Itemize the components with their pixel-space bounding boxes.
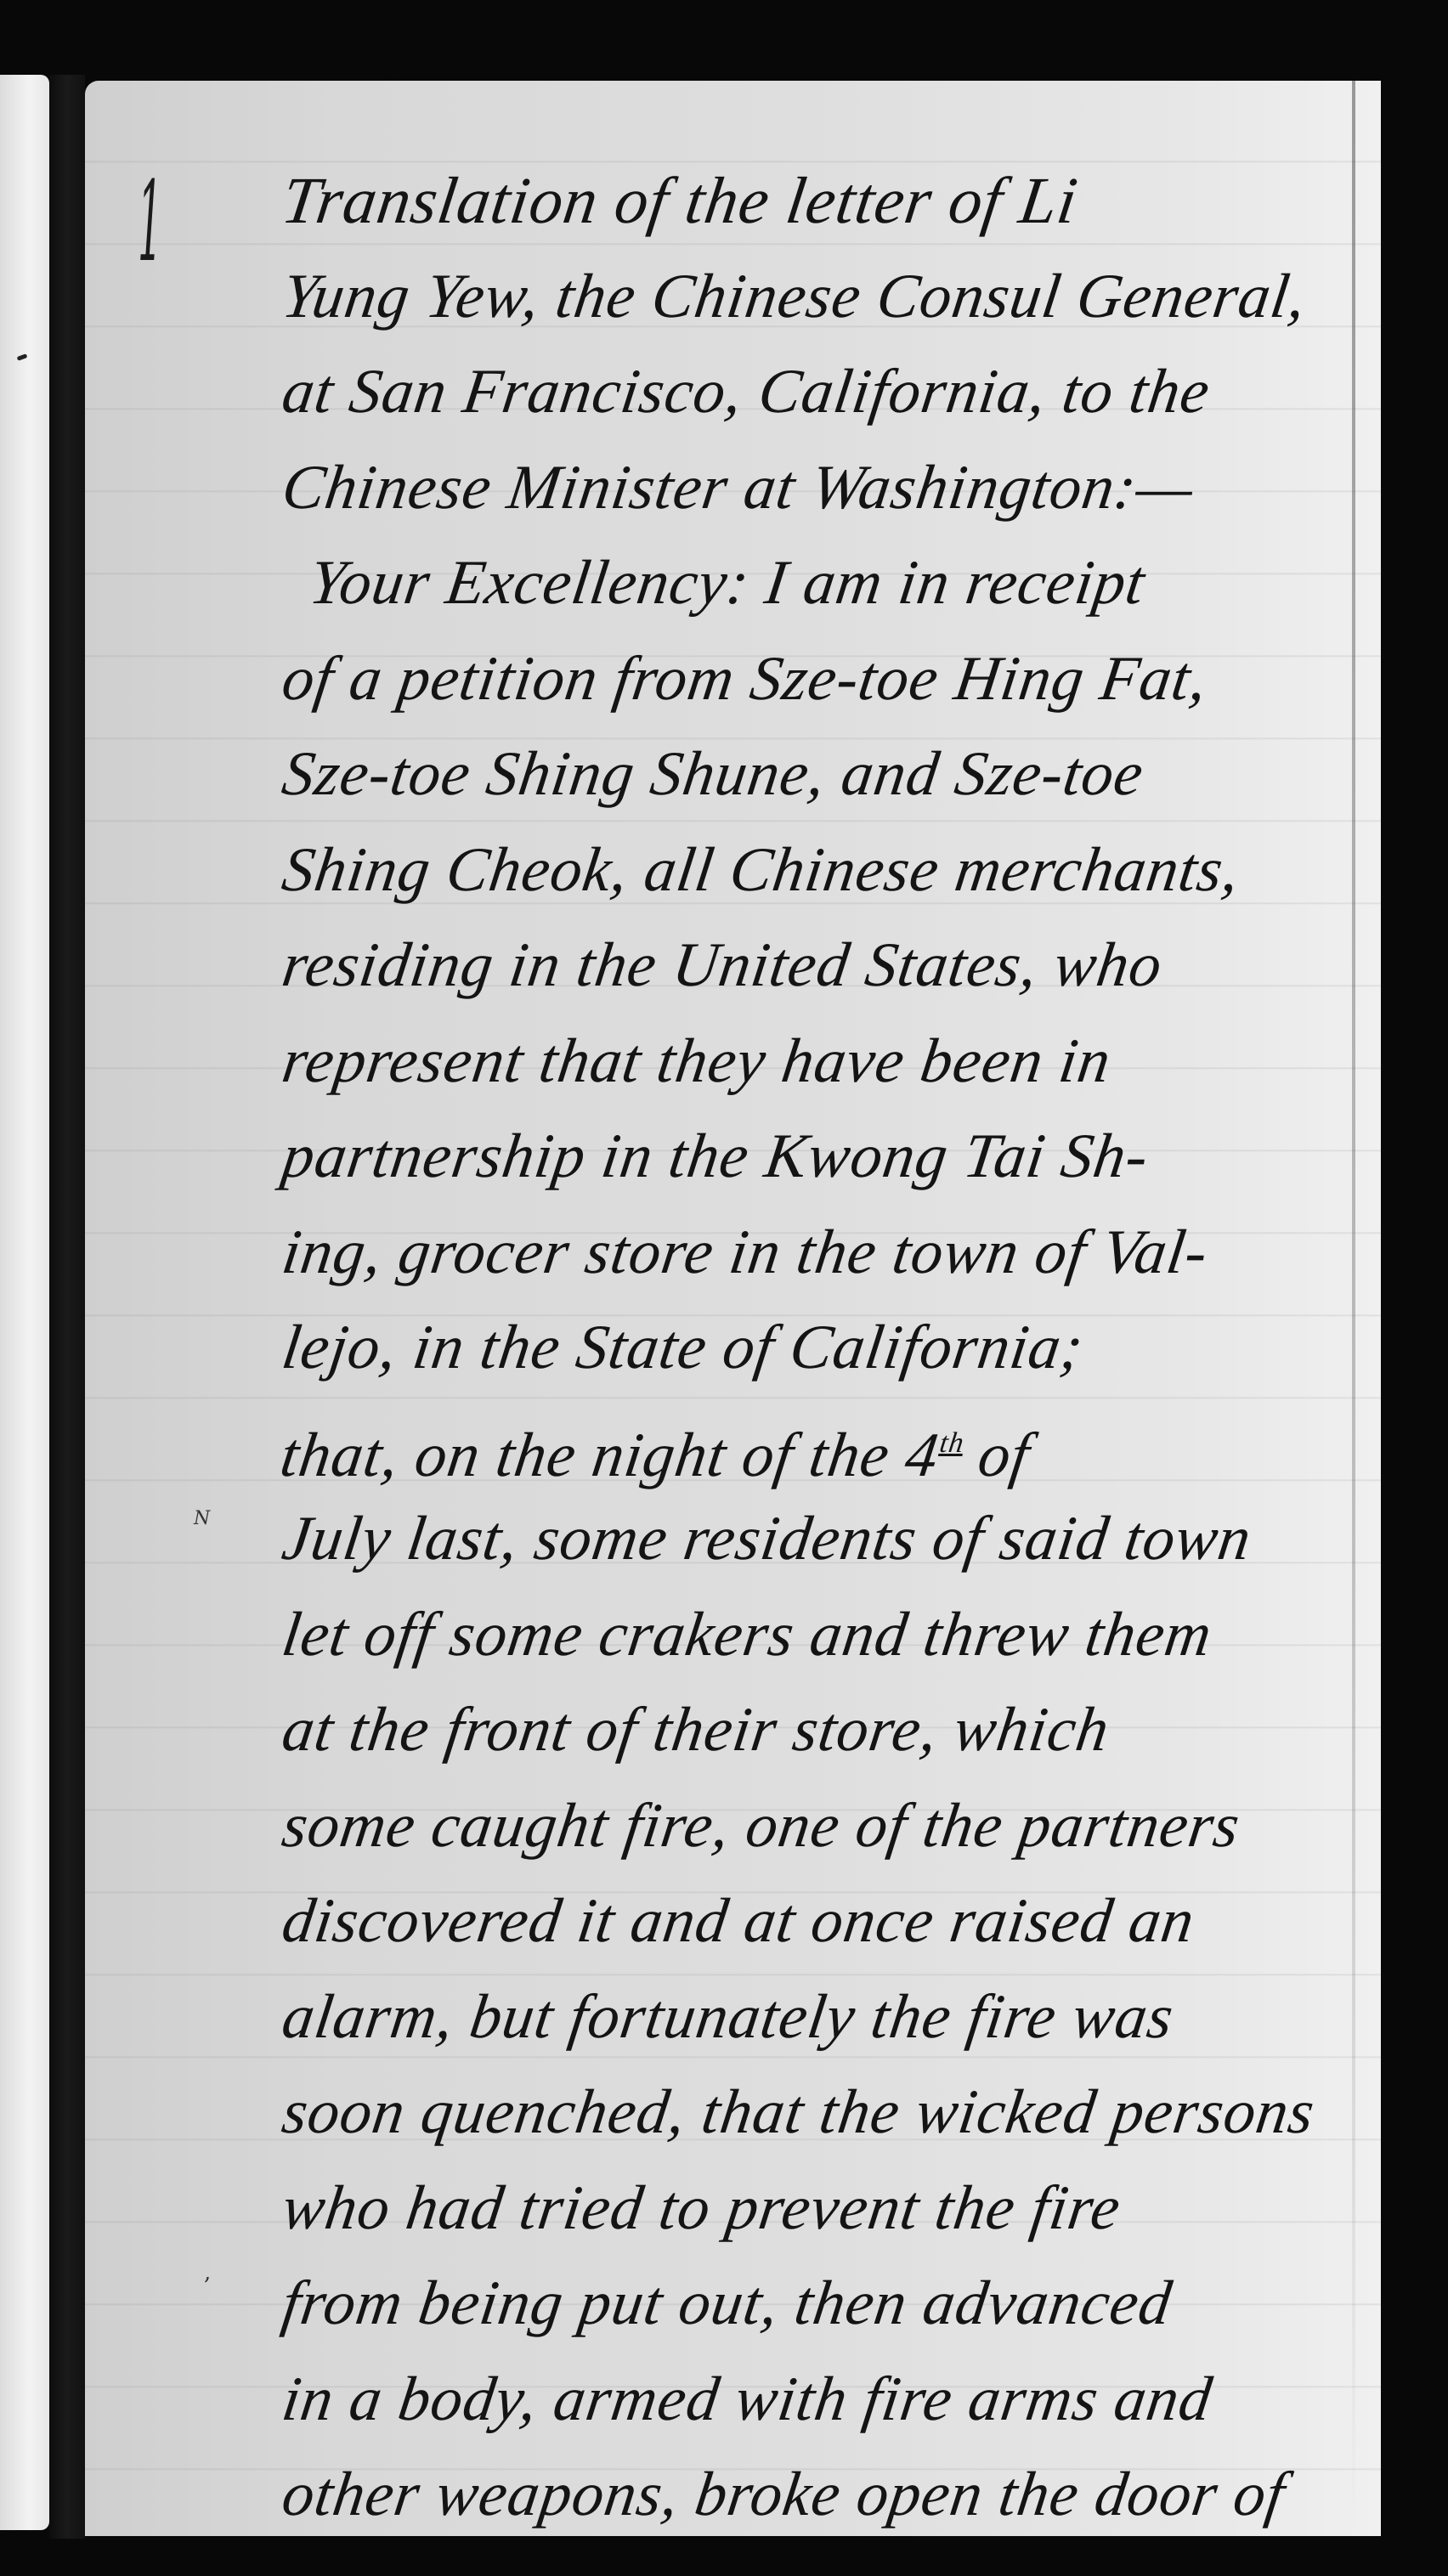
previous-page-edge [0,75,49,2530]
text-line: other weapons, broke open the door of [276,2447,1386,2543]
text-line: of a petition from Sze-toe Hing Fat, [276,631,1386,727]
text-line: at San Francisco, California, to the [276,344,1386,440]
margin-note: , [204,2260,211,2285]
book-gutter [49,75,85,2539]
letter-body: Translation of the letter of Li Yung Yew… [276,153,1372,2543]
microfilm-frame: 1 N , Translation of the letter of Li Yu… [0,0,1448,2576]
text-line: lejo, in the State of California; [276,1300,1386,1396]
text-line: represent that they have been in [276,1014,1386,1110]
text-line: July last, some residents of said town [276,1491,1386,1587]
text-line: from being put out, then advanced [276,2256,1386,2352]
text-segment: of [958,1421,1035,1490]
text-line: Translation of the letter of Li [276,153,1386,249]
text-line: discovered it and at once raised an [276,1873,1386,1969]
text-line: residing in the United States, who [276,918,1386,1014]
text-line: who had tried to prevent the fire [276,2161,1386,2257]
ink-mark [17,353,28,361]
text-line: Chinese Minister at Washington:— [276,440,1386,536]
text-line: Yung Yew, the Chinese Consul General, [276,249,1386,345]
text-line: Shing Cheok, all Chinese merchants, [276,822,1386,918]
text-line: in a body, armed with fire arms and [276,2352,1386,2448]
text-line: let off some crakers and threw them [276,1587,1386,1683]
text-line: partnership in the Kwong Tai Sh- [276,1109,1386,1205]
text-line: some caught fire, one of the partners [276,1778,1386,1874]
margin-note: N [194,1508,210,1529]
text-line: Sze-toe Shing Shune, and Sze-toe [276,726,1386,822]
text-line: at the front of their store, which [276,1682,1386,1778]
text-line: Your Excellency: I am in receipt [276,535,1386,631]
text-line: that, on the night of the 4th of [276,1396,1386,1492]
text-line: alarm, but fortunately the fire was [276,1969,1386,2065]
text-line: ing, grocer store in the town of Val- [276,1205,1386,1301]
text-segment: that, on the night of the 4 [276,1421,943,1490]
text-line: soon quenched, that the wicked persons [276,2065,1386,2161]
manuscript-page: 1 N , Translation of the letter of Li Yu… [85,81,1381,2536]
page-number: 1 [138,157,162,286]
